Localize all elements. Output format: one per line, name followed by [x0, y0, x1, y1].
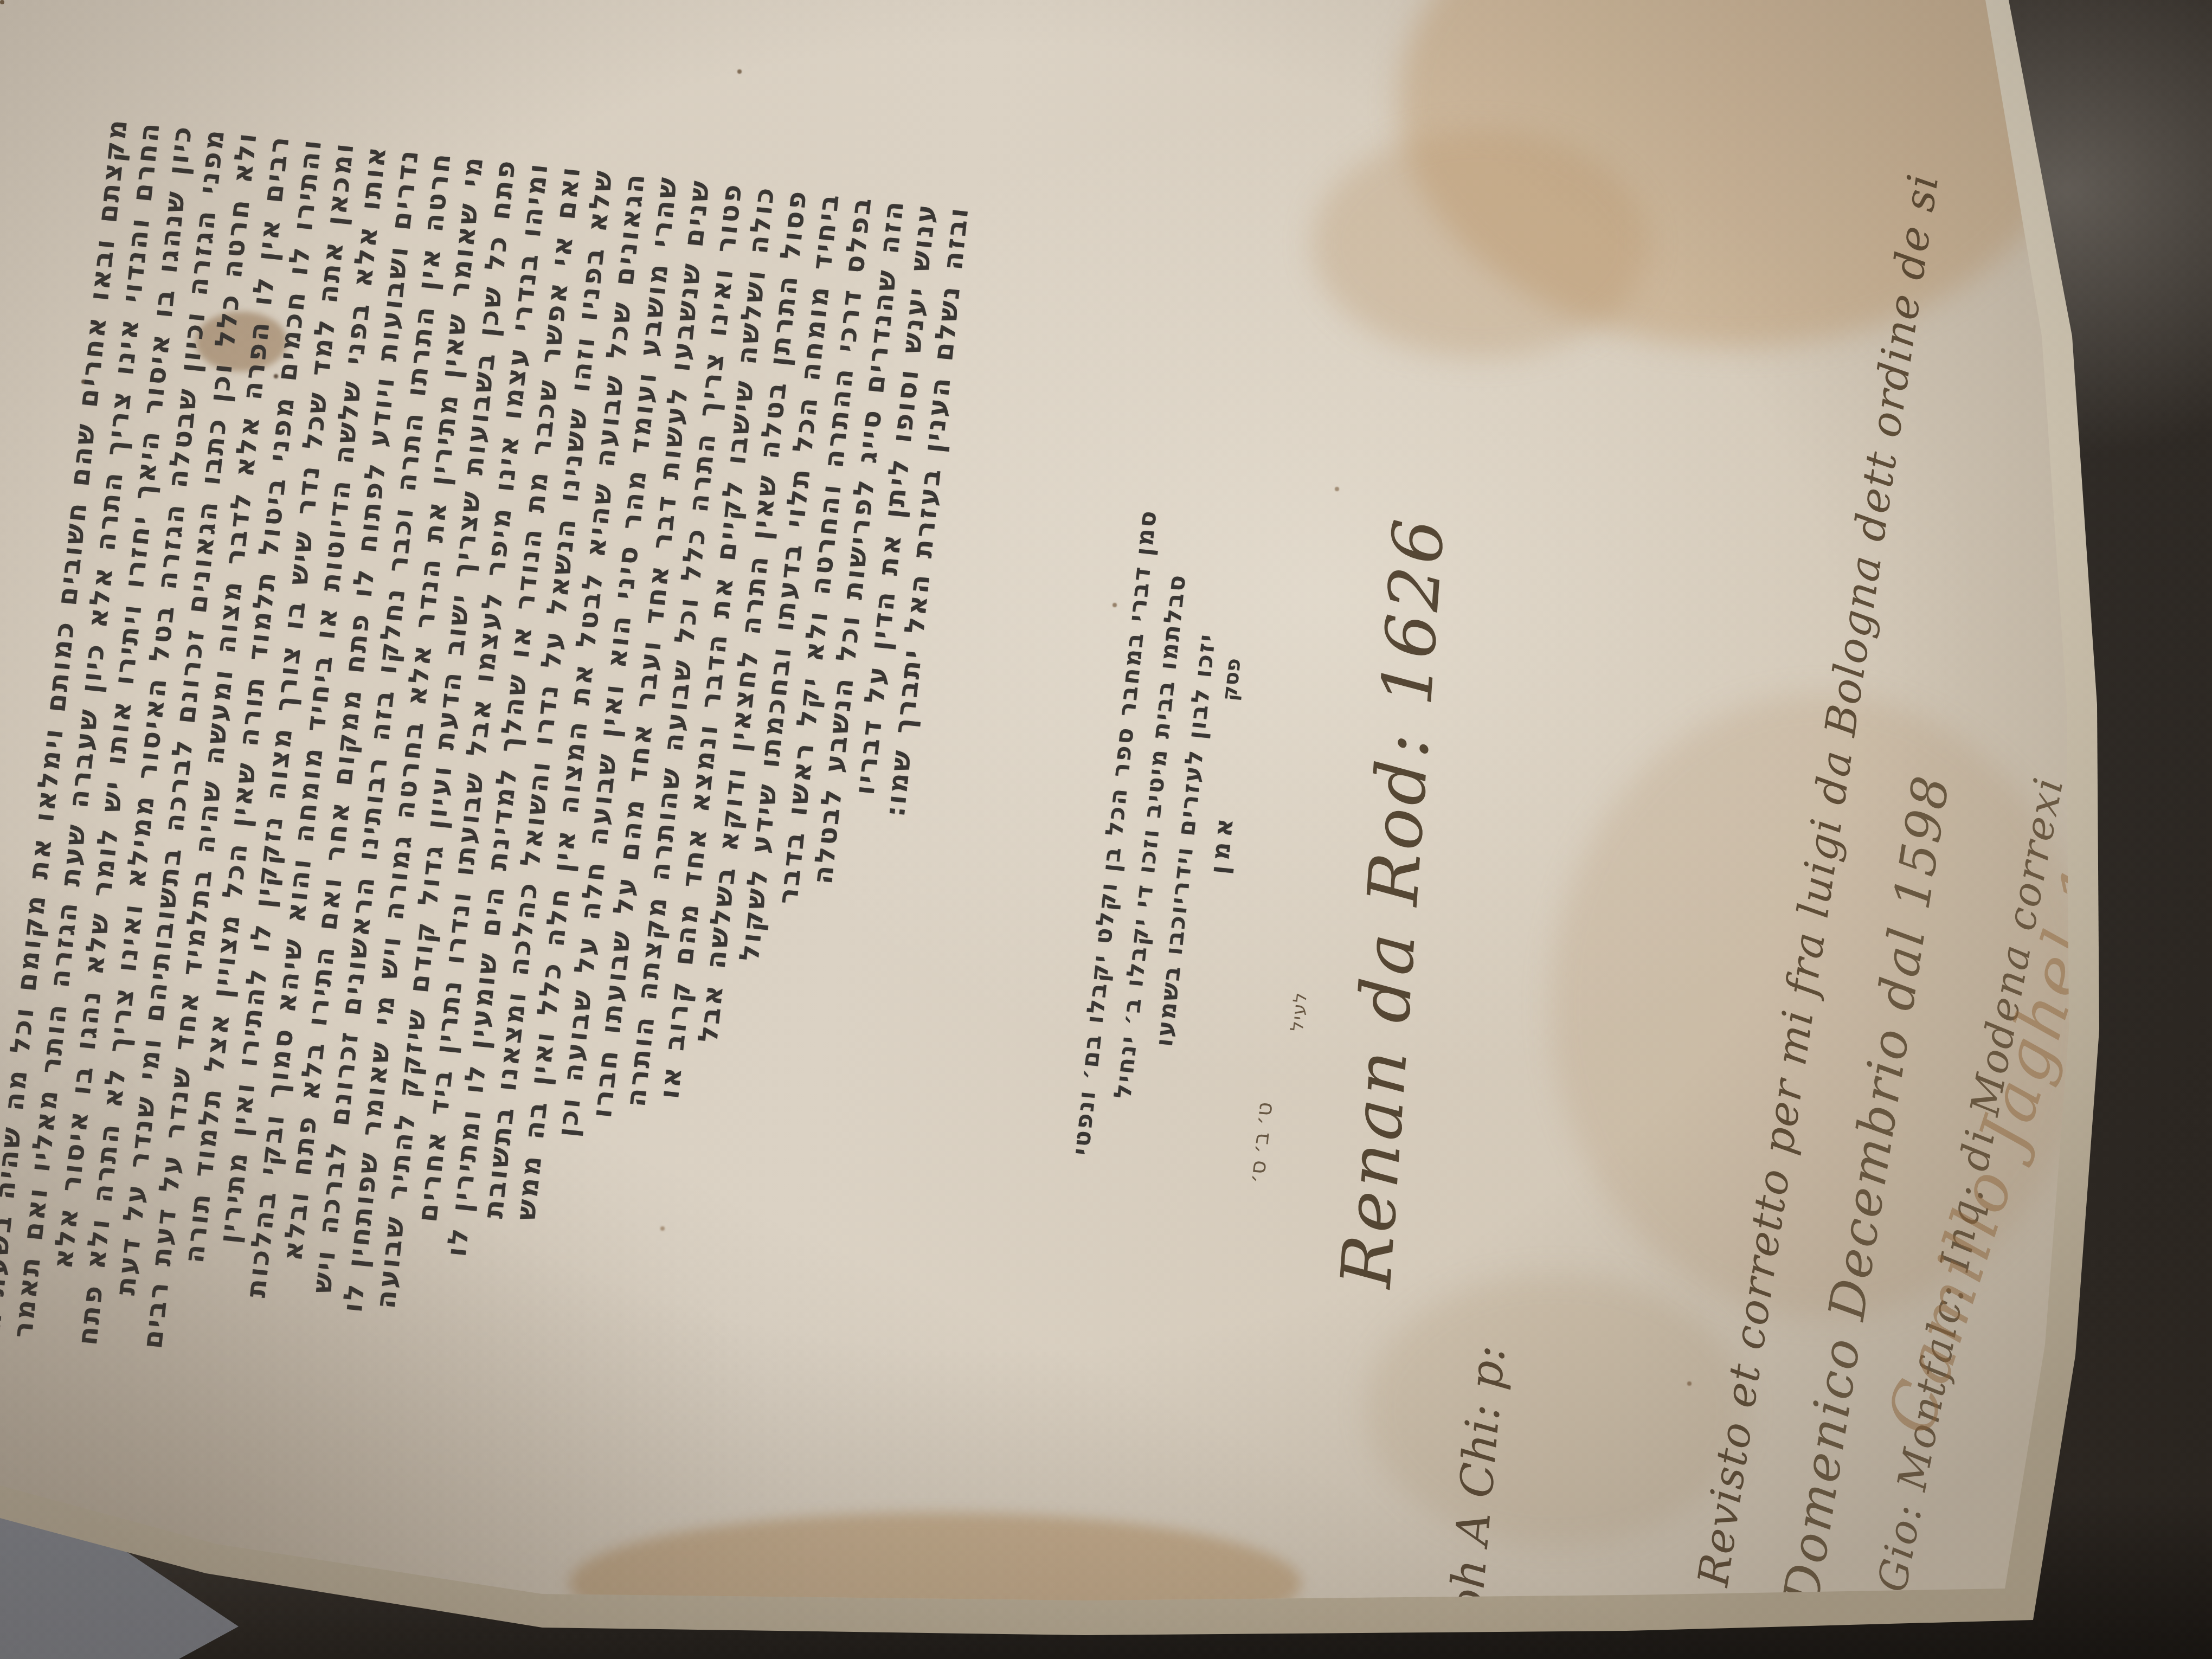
hebrew-marginal-note: לעיל	[1286, 991, 1311, 1032]
photo-of-censored-hebrew-book-page: מקצתם ובאו אחרים שהם חשובים כמותם וימלאו…	[0, 0, 2212, 1659]
hebrew-colophon-block: סמן דברי במחבר ספר הכל בן וקלט יקבלו בם׳…	[1059, 466, 1278, 1209]
water-stain-top-2	[1312, 130, 1648, 358]
censor-signature-1626: Renan da Rod: 1626	[1326, 513, 1461, 1290]
printed-word-pesak: פסק	[1217, 657, 1245, 702]
ink-flourish-stroke	[0, 0, 57, 1]
book-page: מקצתם ובאו אחרים שהם חשובים כמותם וימלאו…	[0, 0, 2212, 1659]
hebrew-main-text-block: מקצתם ובאו אחרים שהם חשובים כמותם וימלאו…	[0, 116, 975, 1588]
paper-specks	[0, 0, 4, 4]
hebrew-owner-mark: ט׳ ב׳ ס׳	[1244, 1101, 1277, 1185]
water-stain-middle	[1366, 1274, 1746, 1545]
